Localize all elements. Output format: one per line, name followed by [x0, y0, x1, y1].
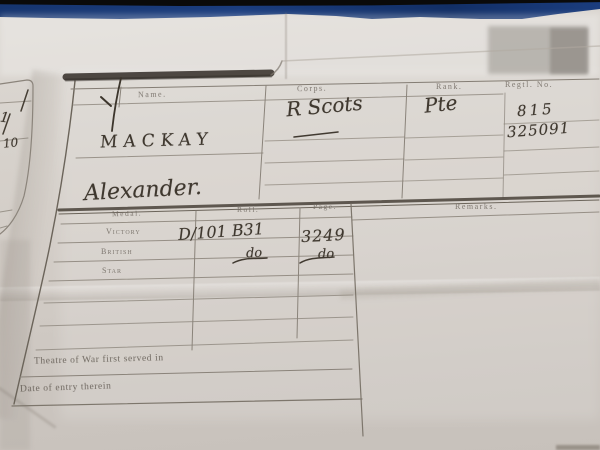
remarks-header-rule [352, 212, 599, 220]
name-rule [76, 153, 263, 158]
handwriting-rank: Pte [423, 90, 459, 117]
left-card-handwriting-10: 10 [2, 135, 19, 151]
name-corps-divider [259, 86, 266, 199]
rank-rules [405, 135, 503, 181]
handwriting-surname: MACKAY [99, 129, 214, 152]
col-header-page: Page. [313, 202, 337, 211]
row-rule-british [54, 255, 353, 262]
row-label-victory: Victory [106, 227, 141, 236]
col-header-regtl-no: Regtl. No. [505, 80, 553, 89]
theatre-rule [20, 369, 352, 377]
handwriting-victory-page: 3249 [301, 225, 347, 246]
row-rule-star [49, 274, 353, 281]
col-header-roll: Roll. [237, 205, 259, 214]
col-header-medal: Medal. [112, 209, 142, 219]
handwriting-british-roll-ditto: do [246, 246, 263, 262]
col-header-corps: Corps. [297, 84, 327, 94]
overlap-sheet-edge [282, 46, 600, 61]
rank-regtl-divider [503, 93, 505, 198]
corps-rules [265, 137, 404, 185]
photo-of-medal-card: Name. Corps. Rank. Regtl. No. Medal. Rol… [0, 0, 600, 450]
col-header-rank: Rank. [436, 82, 462, 91]
col-header-name: Name. [138, 90, 167, 99]
empty-row-rules [36, 295, 353, 350]
col-header-remarks: Remarks. [455, 202, 497, 211]
row-label-british: British [101, 247, 133, 256]
handwriting-british-page-ditto: do [318, 247, 335, 263]
page-remarks-divider [351, 204, 363, 436]
date-rule [12, 399, 362, 406]
row-label-star: Star [102, 266, 122, 275]
pen-dash-under-corps [294, 132, 338, 137]
handwriting-regtl-no-1: 815 [516, 100, 555, 121]
